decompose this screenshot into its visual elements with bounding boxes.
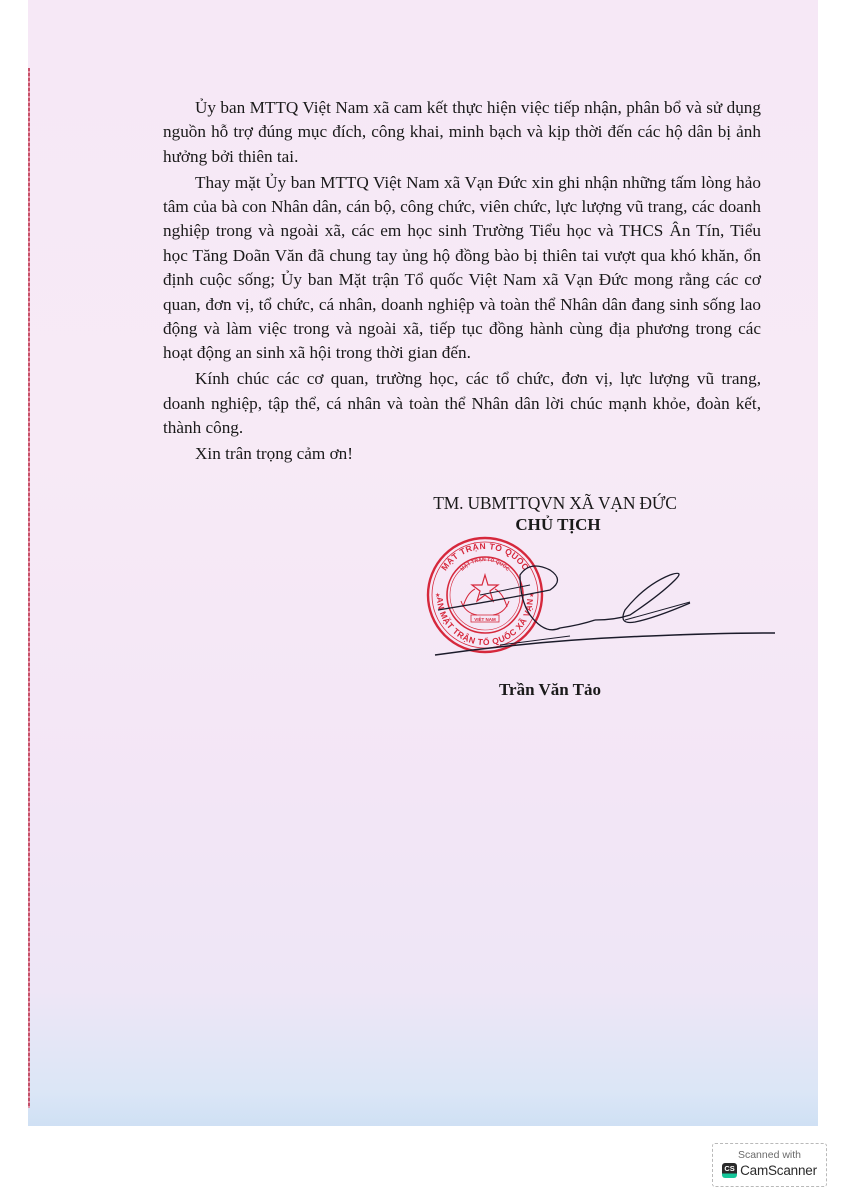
signatory-name: Trần Văn Tảo bbox=[470, 680, 630, 700]
watermark-caption: Scanned with bbox=[713, 1149, 826, 1161]
paragraph-acknowledgement: Thay mặt Ủy ban MTTQ Việt Nam xã Vạn Đức… bbox=[163, 171, 761, 366]
watermark-brand: CS CamScanner bbox=[713, 1163, 826, 1178]
paragraph-commitment: Ủy ban MTTQ Việt Nam xã cam kết thực hiệ… bbox=[163, 96, 761, 169]
signature-block: TM. UBMTTQVN XÃ VẠN ĐỨC CHỦ TỊCH bbox=[395, 492, 715, 536]
camscanner-logo-icon: CS bbox=[722, 1163, 737, 1178]
signature-title: CHỦ TỊCH bbox=[401, 514, 715, 536]
paragraph-thanks: Xin trân trọng cảm ơn! bbox=[163, 442, 761, 466]
paragraph-wishes: Kính chúc các cơ quan, trường học, các t… bbox=[163, 367, 761, 440]
letter-body: Ủy ban MTTQ Việt Nam xã cam kết thực hiệ… bbox=[163, 96, 761, 468]
watermark-brand-name: CamScanner bbox=[740, 1163, 817, 1178]
handwritten-signature-icon bbox=[420, 540, 790, 670]
signature-organization: TM. UBMTTQVN XÃ VẠN ĐỨC bbox=[395, 492, 715, 514]
camscanner-watermark: Scanned with CS CamScanner bbox=[712, 1143, 827, 1187]
